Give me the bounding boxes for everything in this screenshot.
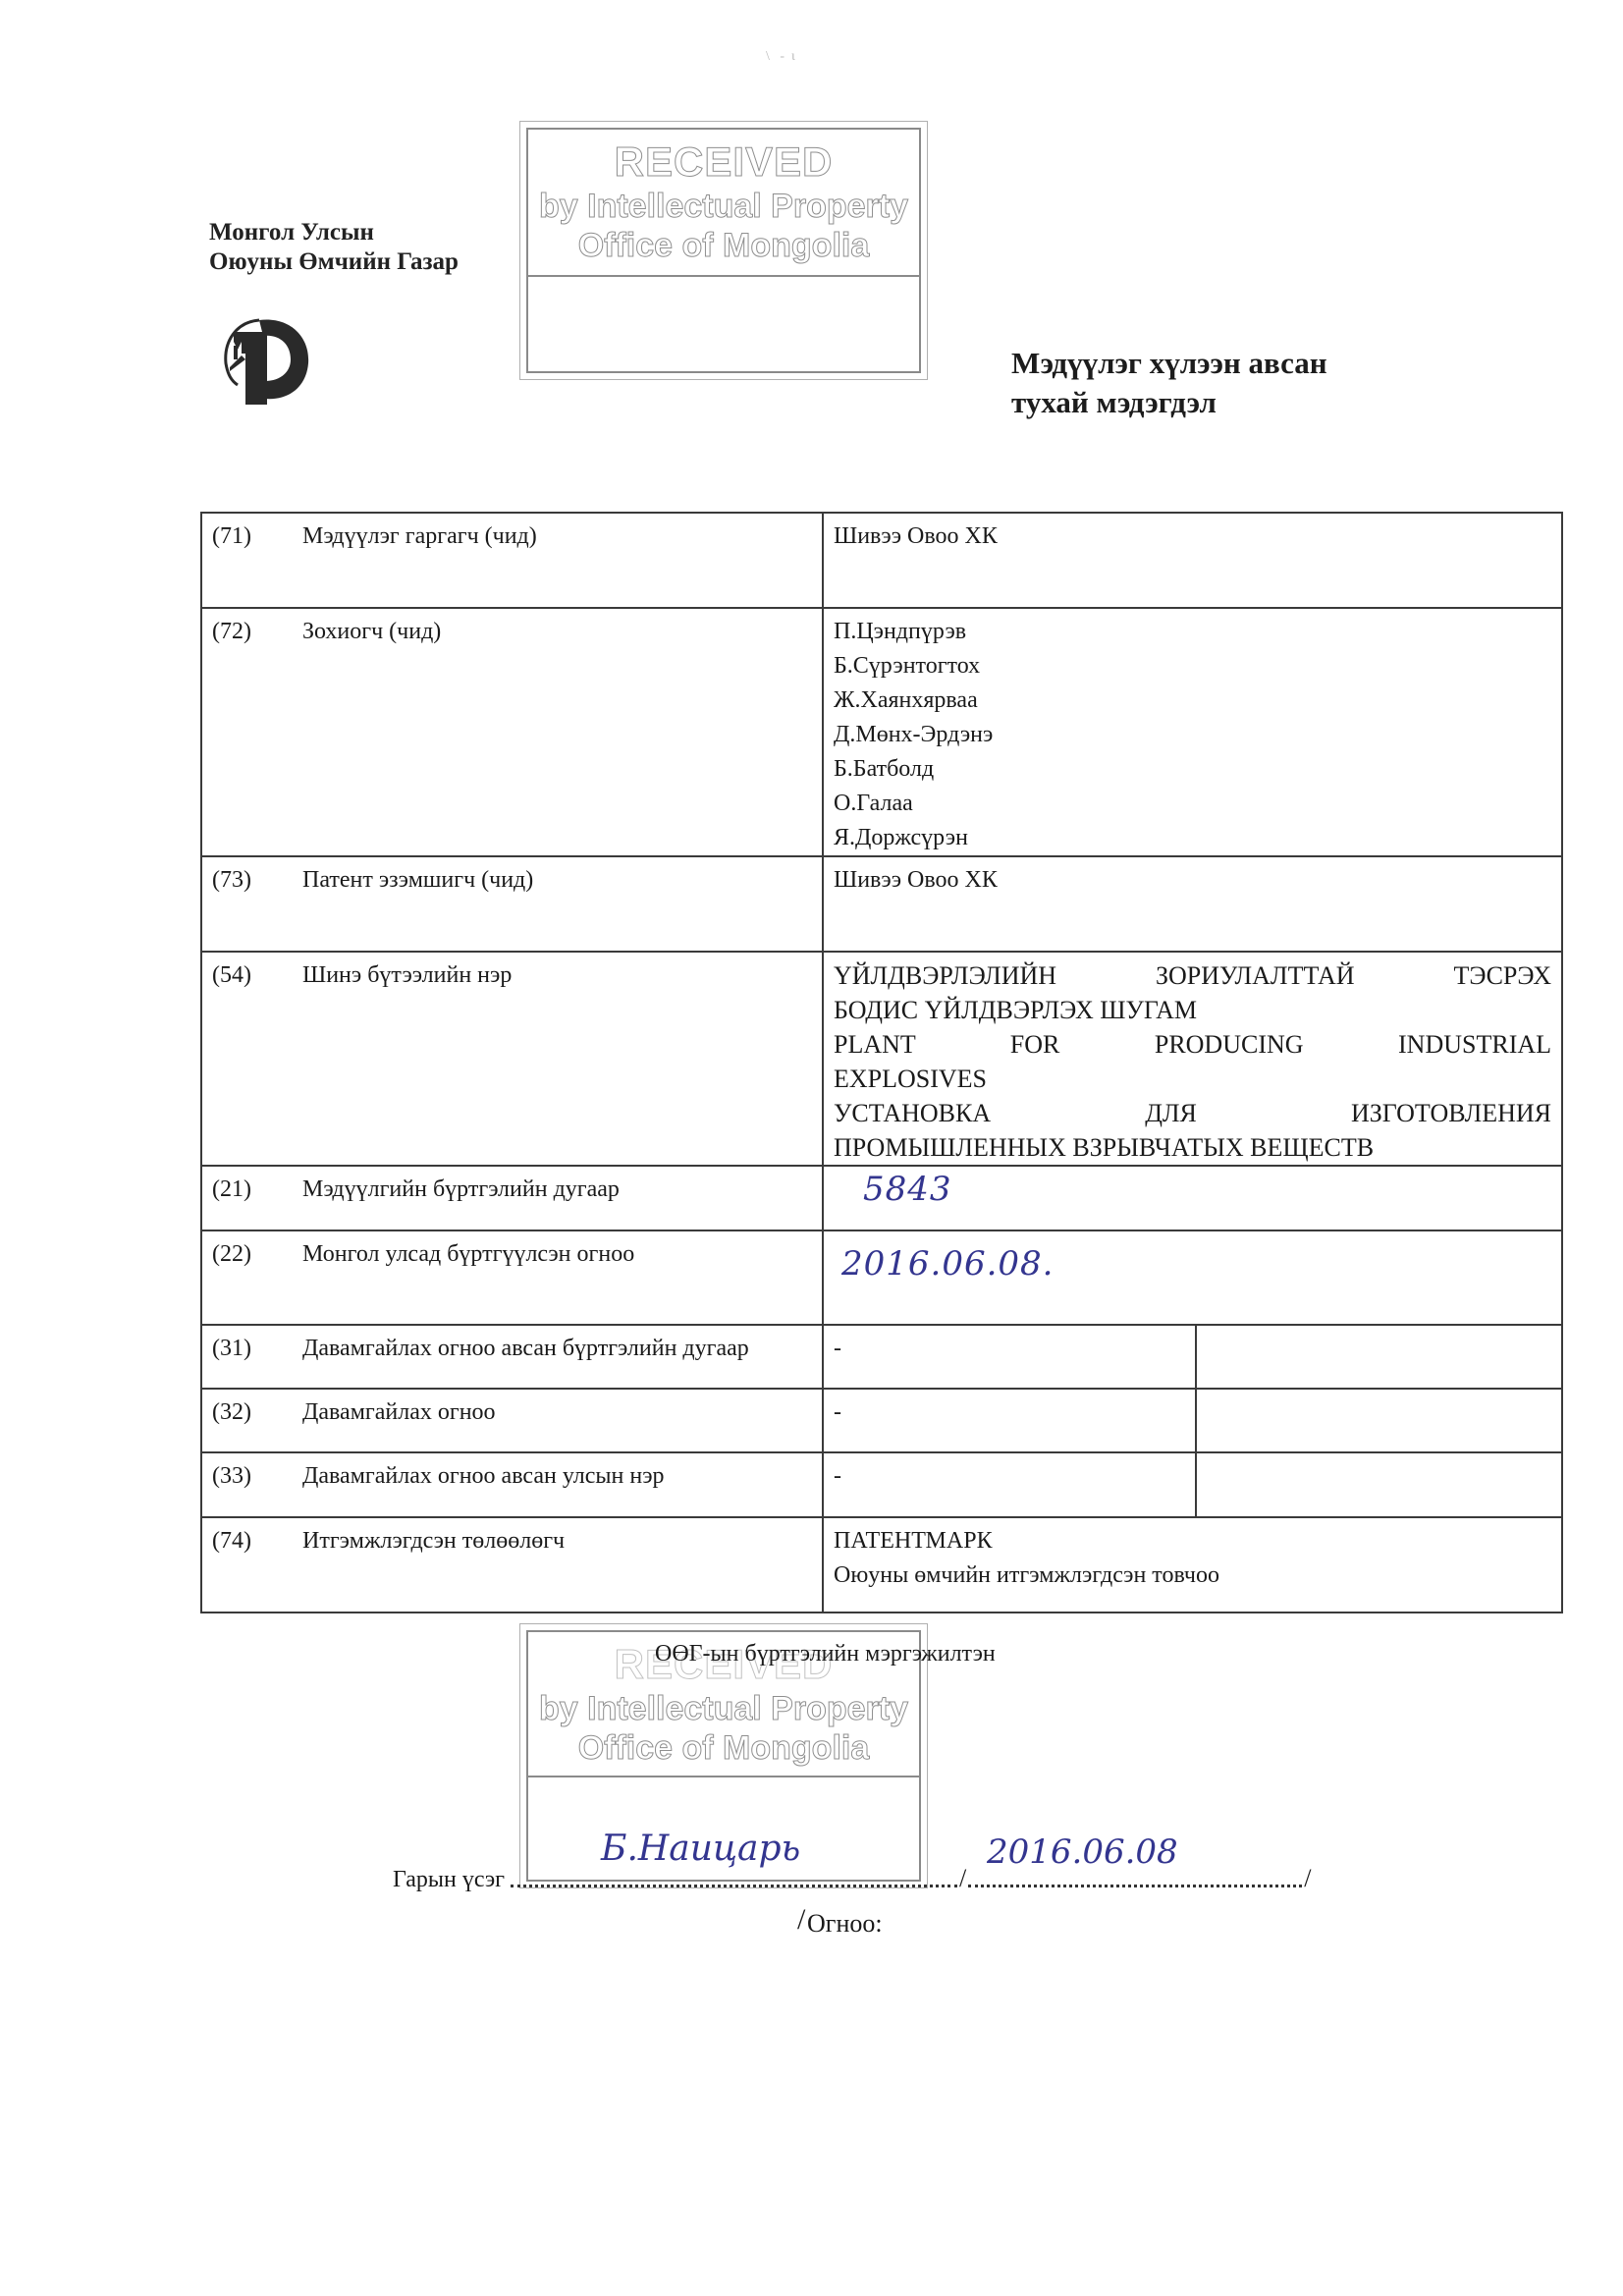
stamp-line1: by Intellectual Property — [528, 187, 919, 226]
field-label: Давамгайлах огноо авсан бүртгэлийн дугаа… — [302, 1332, 812, 1366]
separator-slash: / — [1304, 1864, 1311, 1893]
field-value-cell: ҮЙЛДВЭРЛЭЛИЙН ЗОРИУЛАЛТТАЙ ТЭСРЭХБОДИС Ү… — [823, 952, 1562, 1166]
handwritten-value: 5843 — [863, 1173, 1551, 1207]
date-field[interactable] — [968, 1884, 1302, 1887]
field-label-cell: (54)Шинэ бүтээлийн нэр — [201, 952, 823, 1166]
field-value: Я.Доржсүрэн — [834, 821, 1551, 855]
field-label-cell: (31)Давамгайлах огноо авсан бүртгэлийн д… — [201, 1325, 823, 1389]
stamp-line1: by Intellectual Property — [528, 1689, 919, 1728]
form-row: (31)Давамгайлах огноо авсан бүртгэлийн д… — [201, 1325, 1562, 1389]
field-value: - — [834, 1395, 1185, 1430]
form-row: (74)Итгэмжлэгдсэн төлөөлөгчПАТЕНТМАРКОюу… — [201, 1517, 1562, 1613]
field-label-cell: (71)Мэдүүлэг гаргагч (чид) — [201, 513, 823, 608]
separator-slash: / — [797, 1903, 805, 1937]
field-label: Зохиогч (чид) — [302, 615, 812, 649]
stamp-line2: Office of Mongolia — [528, 226, 919, 265]
field-extra-cell — [1196, 1325, 1562, 1389]
field-value: БОДИС ҮЙЛДВЭРЛЭХ ШУГАМ — [834, 993, 1551, 1027]
field-value: Оюуны өмчийн итгэмжлэгдсэн товчоо — [834, 1558, 1551, 1593]
field-value-cell: Шивээ Овоо ХК — [823, 856, 1562, 952]
received-stamp: RECEIVED by Intellectual Property Office… — [526, 128, 921, 373]
field-label: Монгол улсад бүртгүүлсэн огноо — [302, 1237, 812, 1272]
stamp-divider — [528, 275, 919, 277]
form-table: (71)Мэдүүлэг гаргагч (чид)Шивээ Овоо ХК(… — [200, 512, 1563, 1613]
field-value-cell: 5843 — [823, 1166, 1562, 1230]
application-form: (71)Мэдүүлэг гаргагч (чид)Шивээ Овоо ХК(… — [200, 512, 1561, 1613]
field-label: Давамгайлах огноо — [302, 1395, 812, 1430]
field-extra-cell — [1196, 1452, 1562, 1517]
field-value: Шивээ Овоо ХК — [834, 519, 1551, 554]
field-value: Б.Батболд — [834, 752, 1551, 787]
ipom-logo-icon — [220, 312, 314, 407]
field-label-cell: (32)Давамгайлах огноо — [201, 1389, 823, 1452]
field-label-cell: (73)Патент эзэмшигч (чид) — [201, 856, 823, 952]
field-label-cell: (33)Давамгайлах огноо авсан улсын нэр — [201, 1452, 823, 1517]
field-code: (54) — [212, 958, 302, 993]
field-extra-cell — [1196, 1389, 1562, 1452]
field-label: Мэдүүлэг гаргагч (чид) — [302, 519, 812, 554]
field-label: Мэдүүлгийн бүртгэлийн дугаар — [302, 1173, 812, 1207]
field-code: (22) — [212, 1237, 302, 1272]
handwritten-value: 2016.06.08. — [841, 1247, 1551, 1282]
org-name: Монгол Улсын Оюуны Өмчийн Газар — [209, 218, 459, 277]
handwritten-date: 2016.06.08 — [987, 1832, 1178, 1872]
field-value: EXPLOSIVES — [834, 1062, 1551, 1096]
field-value-cell: - — [823, 1325, 1196, 1389]
field-value: УСТАНОВКА ДЛЯ ИЗГОТОВЛЕНИЯ — [834, 1096, 1551, 1130]
field-value: - — [834, 1332, 1185, 1366]
field-code: (31) — [212, 1332, 302, 1366]
field-value: ҮЙЛДВЭРЛЭЛИЙН ЗОРИУЛАЛТТАЙ ТЭСРЭХ — [834, 958, 1551, 993]
form-row: (71)Мэдүүлэг гаргагч (чид)Шивээ Овоо ХК — [201, 513, 1562, 608]
field-label-cell: (22)Монгол улсад бүртгүүлсэн огноо — [201, 1230, 823, 1325]
stamp-divider — [528, 1776, 919, 1777]
field-value: Ж.Хаянхярваа — [834, 683, 1551, 718]
form-row: (73)Патент эзэмшигч (чид)Шивээ Овоо ХК — [201, 856, 1562, 952]
document-title-line2: тухай мэдэгдэл — [1011, 383, 1327, 422]
scan-mark: \ - ɩ — [766, 49, 795, 65]
field-code: (33) — [212, 1459, 302, 1494]
field-value-cell: - — [823, 1389, 1196, 1452]
field-value: ПРОМЫШЛЕННЫХ ВЗРЫВЧАТЫХ ВЕЩЕСТВ — [834, 1130, 1551, 1165]
field-value: Б.Сүрэнтогтох — [834, 649, 1551, 683]
document-title: Мэдүүлэг хүлээн авсан тухай мэдэгдэл — [1011, 344, 1327, 422]
field-label: Шинэ бүтээлийн нэр — [302, 958, 812, 993]
field-label: Патент эзэмшигч (чид) — [302, 863, 812, 898]
field-code: (32) — [212, 1395, 302, 1430]
field-code: (71) — [212, 519, 302, 554]
stamp-title: RECEIVED — [528, 137, 919, 187]
org-name-line2: Оюуны Өмчийн Газар — [209, 247, 459, 277]
field-code: (21) — [212, 1173, 302, 1207]
field-value-cell: Шивээ Овоо ХК — [823, 513, 1562, 608]
field-value: Шивээ Овоо ХК — [834, 863, 1551, 898]
field-label: Давамгайлах огноо авсан улсын нэр — [302, 1459, 812, 1494]
field-value: PLANT FOR PRODUCING INDUSTRIAL — [834, 1027, 1551, 1062]
form-row: (72)Зохиогч (чид)П.ЦэндпүрэвБ.Сүрэнтогто… — [201, 608, 1562, 856]
signature-field[interactable] — [511, 1884, 957, 1887]
field-code: (73) — [212, 863, 302, 898]
form-row: (33)Давамгайлах огноо авсан улсын нэр- — [201, 1452, 1562, 1517]
field-value: О.Галаа — [834, 787, 1551, 821]
field-value: Д.Мөнх-Эрдэнэ — [834, 718, 1551, 752]
date-label: Огноо: — [807, 1909, 883, 1939]
field-value-cell: П.ЦэндпүрэвБ.СүрэнтогтохЖ.ХаянхярвааД.Мө… — [823, 608, 1562, 856]
org-name-line1: Монгол Улсын — [209, 218, 459, 247]
signature-label: Гарын үсэг — [393, 1867, 505, 1893]
field-value: П.Цэндпүрэв — [834, 615, 1551, 649]
field-label-cell: (72)Зохиогч (чид) — [201, 608, 823, 856]
field-code: (72) — [212, 615, 302, 649]
field-label-cell: (74)Итгэмжлэгдсэн төлөөлөгч — [201, 1517, 823, 1613]
field-code: (74) — [212, 1524, 302, 1558]
document-title-line1: Мэдүүлэг хүлээн авсан — [1011, 344, 1327, 383]
field-value: ПАТЕНТМАРК — [834, 1524, 1551, 1558]
form-row: (21)Мэдүүлгийн бүртгэлийн дугаар5843 — [201, 1166, 1562, 1230]
field-label: Итгэмжлэгдсэн төлөөлөгч — [302, 1524, 812, 1558]
handwritten-signature: Б.Наицарь — [601, 1829, 800, 1869]
form-row: (22)Монгол улсад бүртгүүлсэн огноо2016.0… — [201, 1230, 1562, 1325]
stamp-line2: Office of Mongolia — [528, 1728, 919, 1768]
field-label-cell: (21)Мэдүүлгийн бүртгэлийн дугаар — [201, 1166, 823, 1230]
specialist-label: ОӨГ-ын бүртгэлийн мэргэжилтэн — [655, 1641, 996, 1667]
field-value: - — [834, 1459, 1185, 1494]
field-value-cell: ПАТЕНТМАРКОюуны өмчийн итгэмжлэгдсэн тов… — [823, 1517, 1562, 1613]
field-value-cell: - — [823, 1452, 1196, 1517]
form-row: (54)Шинэ бүтээлийн нэрҮЙЛДВЭРЛЭЛИЙН ЗОРИ… — [201, 952, 1562, 1166]
separator-slash: / — [959, 1864, 966, 1893]
field-value-cell: 2016.06.08. — [823, 1230, 1562, 1325]
form-row: (32)Давамгайлах огноо- — [201, 1389, 1562, 1452]
